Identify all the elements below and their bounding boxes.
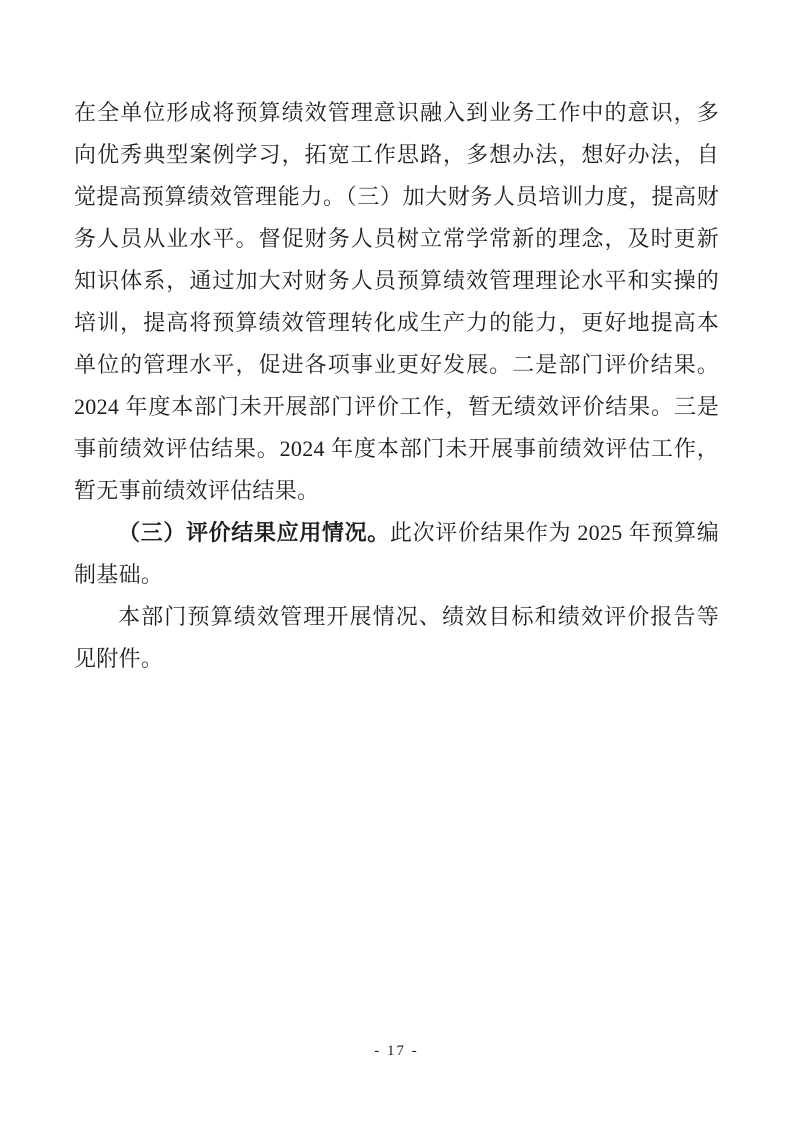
- text-run: 在全单位形成将预算绩效管理意识融入到业务工作中的意识，多向优秀典型案例学习，拓宽…: [74, 100, 719, 503]
- document-body: 在全单位形成将预算绩效管理意识融入到业务工作中的意识，多向优秀典型案例学习，拓宽…: [74, 92, 719, 680]
- paragraph: （三）评价结果应用情况。此次评价结果作为 2025 年预算编制基础。: [74, 512, 719, 596]
- text-run: （三）评价结果应用情况。: [118, 520, 390, 545]
- page-number: - 17 -: [0, 1042, 793, 1060]
- text-run: 本部门预算绩效管理开展情况、绩效目标和绩效评价报告等见附件。: [74, 604, 719, 671]
- paragraph: 在全单位形成将预算绩效管理意识融入到业务工作中的意识，多向优秀典型案例学习，拓宽…: [74, 92, 719, 512]
- document-page: 在全单位形成将预算绩效管理意识融入到业务工作中的意识，多向优秀典型案例学习，拓宽…: [0, 0, 793, 1122]
- paragraph: 本部门预算绩效管理开展情况、绩效目标和绩效评价报告等见附件。: [74, 596, 719, 680]
